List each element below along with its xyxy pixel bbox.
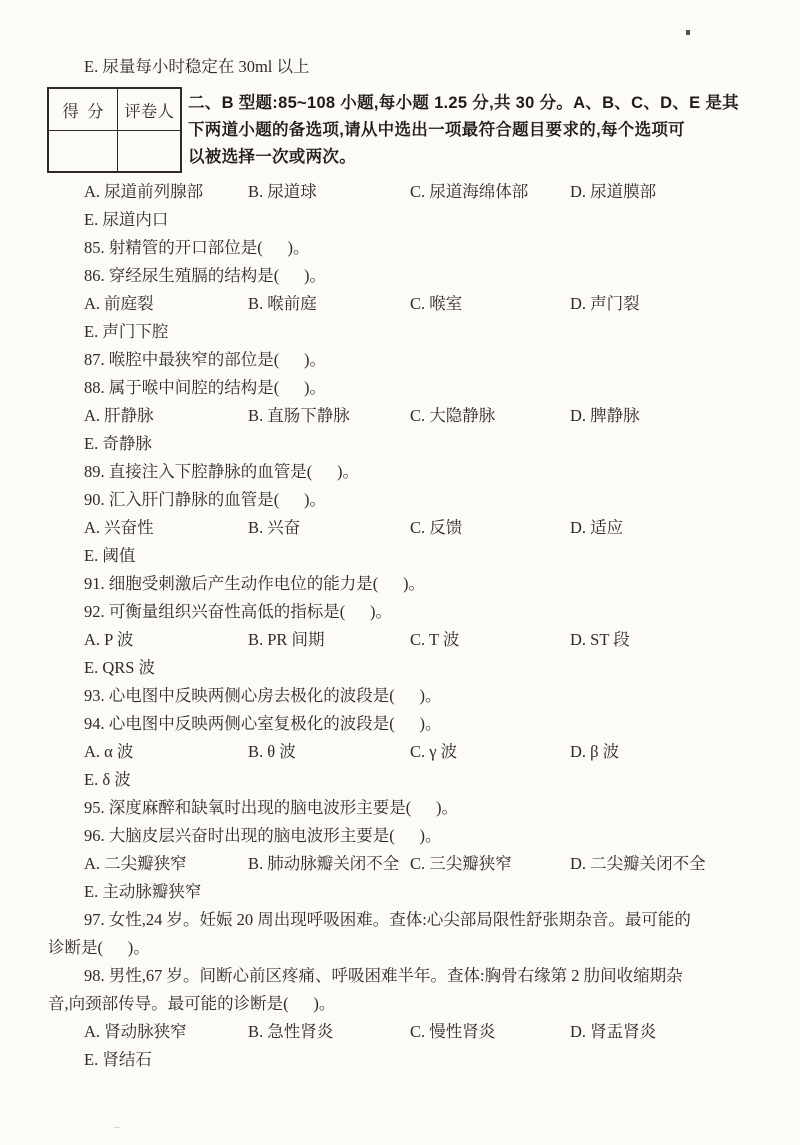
question-98-line-1: 98. 男性,67 岁。间断心前区疼痛、呼吸困难半年。查体:胸骨右缘第 2 肋间…	[0, 962, 800, 990]
option-c: C. 大隐静脉	[410, 402, 495, 430]
option-row-group-6: A. α 波 B. θ 波 C. γ 波 D. β 波	[0, 738, 800, 766]
question-96: 96. 大脑皮层兴奋时出现的脑电波形主要是( )。	[0, 822, 800, 850]
option-a: A. P 波	[84, 626, 133, 654]
score-label-cell: 得 分	[49, 89, 118, 131]
option-e: E. QRS 波	[0, 654, 800, 682]
option-c: C. 尿道海绵体部	[410, 178, 528, 206]
question-93: 93. 心电图中反映两侧心房去极化的波段是( )。	[0, 682, 800, 710]
question-92: 92. 可衡量组织兴奋性高低的指标是( )。	[0, 598, 800, 626]
scan-speck	[686, 30, 690, 35]
option-c: C. γ 波	[410, 738, 457, 766]
option-b: B. 直肠下静脉	[248, 402, 350, 430]
option-a: A. 肝静脉	[84, 402, 154, 430]
option-e: E. 尿道内口	[0, 206, 800, 234]
question-85: 85. 射精管的开口部位是( )。	[0, 234, 800, 262]
instruction-line: 下两道小题的备选项,请从中选出一项最符合题目要求的,每个选项可	[188, 117, 773, 144]
option-b: B. PR 间期	[248, 626, 325, 654]
question-97-line-1: 97. 女性,24 岁。妊娠 20 周出现呼吸困难。查体:心尖部局限性舒张期杂音…	[0, 906, 800, 934]
option-b: B. 肺动脉瓣关闭不全	[248, 850, 399, 878]
option-d: D. 肾盂肾炎	[570, 1018, 656, 1046]
option-c: C. 反馈	[410, 514, 462, 542]
option-b: B. θ 波	[248, 738, 296, 766]
option-row-group-7: A. 二尖瓣狭窄 B. 肺动脉瓣关闭不全 C. 三尖瓣狭窄 D. 二尖瓣关闭不全	[0, 850, 800, 878]
option-c: C. 慢性肾炎	[410, 1018, 495, 1046]
option-d: D. β 波	[570, 738, 619, 766]
option-e: E. 阈值	[0, 542, 800, 570]
option-row-group-5: A. P 波 B. PR 间期 C. T 波 D. ST 段	[0, 626, 800, 654]
question-87: 87. 喉腔中最狭窄的部位是( )。	[0, 346, 800, 374]
option-d: D. 适应	[570, 514, 623, 542]
instruction-line: 以被选择一次或两次。	[188, 144, 773, 171]
option-e: E. δ 波	[0, 766, 800, 794]
option-row-group-3: A. 肝静脉 B. 直肠下静脉 C. 大隐静脉 D. 脾静脉	[0, 402, 800, 430]
option-c: C. 三尖瓣狭窄	[410, 850, 512, 878]
option-d: D. 二尖瓣关闭不全	[570, 850, 706, 878]
question-body: A. 尿道前列腺部 B. 尿道球 C. 尿道海绵体部 D. 尿道膜部 E. 尿道…	[0, 178, 800, 1074]
option-d: D. 声门裂	[570, 290, 640, 318]
section-b-instructions: 二、B 型题:85~108 小题,每小题 1.25 分,共 30 分。A、B、C…	[188, 90, 773, 171]
option-row-group-8: A. 肾动脉狭窄 B. 急性肾炎 C. 慢性肾炎 D. 肾盂肾炎	[0, 1018, 800, 1046]
question-97-line-2: 诊断是( )。	[0, 934, 800, 962]
option-a: A. 肾动脉狭窄	[84, 1018, 187, 1046]
option-row-group-1: A. 尿道前列腺部 B. 尿道球 C. 尿道海绵体部 D. 尿道膜部	[0, 178, 800, 206]
option-a: A. 前庭裂	[84, 290, 154, 318]
option-b: B. 尿道球	[248, 178, 317, 206]
option-d: D. ST 段	[570, 626, 630, 654]
previous-question-option-e: E. 尿量每小时稳定在 30ml 以上	[84, 53, 310, 81]
question-86: 86. 穿经尿生殖膈的结构是( )。	[0, 262, 800, 290]
scan-speck	[114, 1127, 120, 1128]
option-c: C. 喉室	[410, 290, 462, 318]
option-row-group-2: A. 前庭裂 B. 喉前庭 C. 喉室 D. 声门裂	[0, 290, 800, 318]
option-e: E. 奇静脉	[0, 430, 800, 458]
question-91: 91. 细胞受刺激后产生动作电位的能力是( )。	[0, 570, 800, 598]
option-b: B. 喉前庭	[248, 290, 317, 318]
score-value-cell	[49, 131, 118, 171]
question-88: 88. 属于喉中间腔的结构是( )。	[0, 374, 800, 402]
question-98-line-2: 音,向颈部传导。最可能的诊断是( )。	[0, 990, 800, 1018]
option-a: A. 二尖瓣狭窄	[84, 850, 187, 878]
option-row-group-4: A. 兴奋性 B. 兴奋 C. 反馈 D. 适应	[0, 514, 800, 542]
instruction-line: 二、B 型题:85~108 小题,每小题 1.25 分,共 30 分。A、B、C…	[188, 90, 773, 117]
grader-label-cell: 评卷人	[118, 89, 180, 131]
option-a: A. 尿道前列腺部	[84, 178, 203, 206]
option-e: E. 肾结石	[0, 1046, 800, 1074]
option-d: D. 脾静脉	[570, 402, 640, 430]
option-b: B. 急性肾炎	[248, 1018, 333, 1046]
option-e: E. 主动脉瓣狭窄	[0, 878, 800, 906]
option-d: D. 尿道膜部	[570, 178, 656, 206]
score-box: 得 分 评卷人	[47, 87, 182, 173]
grader-value-cell	[118, 131, 180, 171]
option-c: C. T 波	[410, 626, 459, 654]
question-90: 90. 汇入肝门静脉的血管是( )。	[0, 486, 800, 514]
question-95: 95. 深度麻醉和缺氧时出现的脑电波形主要是( )。	[0, 794, 800, 822]
question-94: 94. 心电图中反映两侧心室复极化的波段是( )。	[0, 710, 800, 738]
option-b: B. 兴奋	[248, 514, 300, 542]
option-a: A. α 波	[84, 738, 133, 766]
option-a: A. 兴奋性	[84, 514, 154, 542]
question-89: 89. 直接注入下腔静脉的血管是( )。	[0, 458, 800, 486]
exam-paper-page: E. 尿量每小时稳定在 30ml 以上 得 分 评卷人 二、B 型题:85~10…	[0, 0, 800, 1145]
option-e: E. 声门下腔	[0, 318, 800, 346]
